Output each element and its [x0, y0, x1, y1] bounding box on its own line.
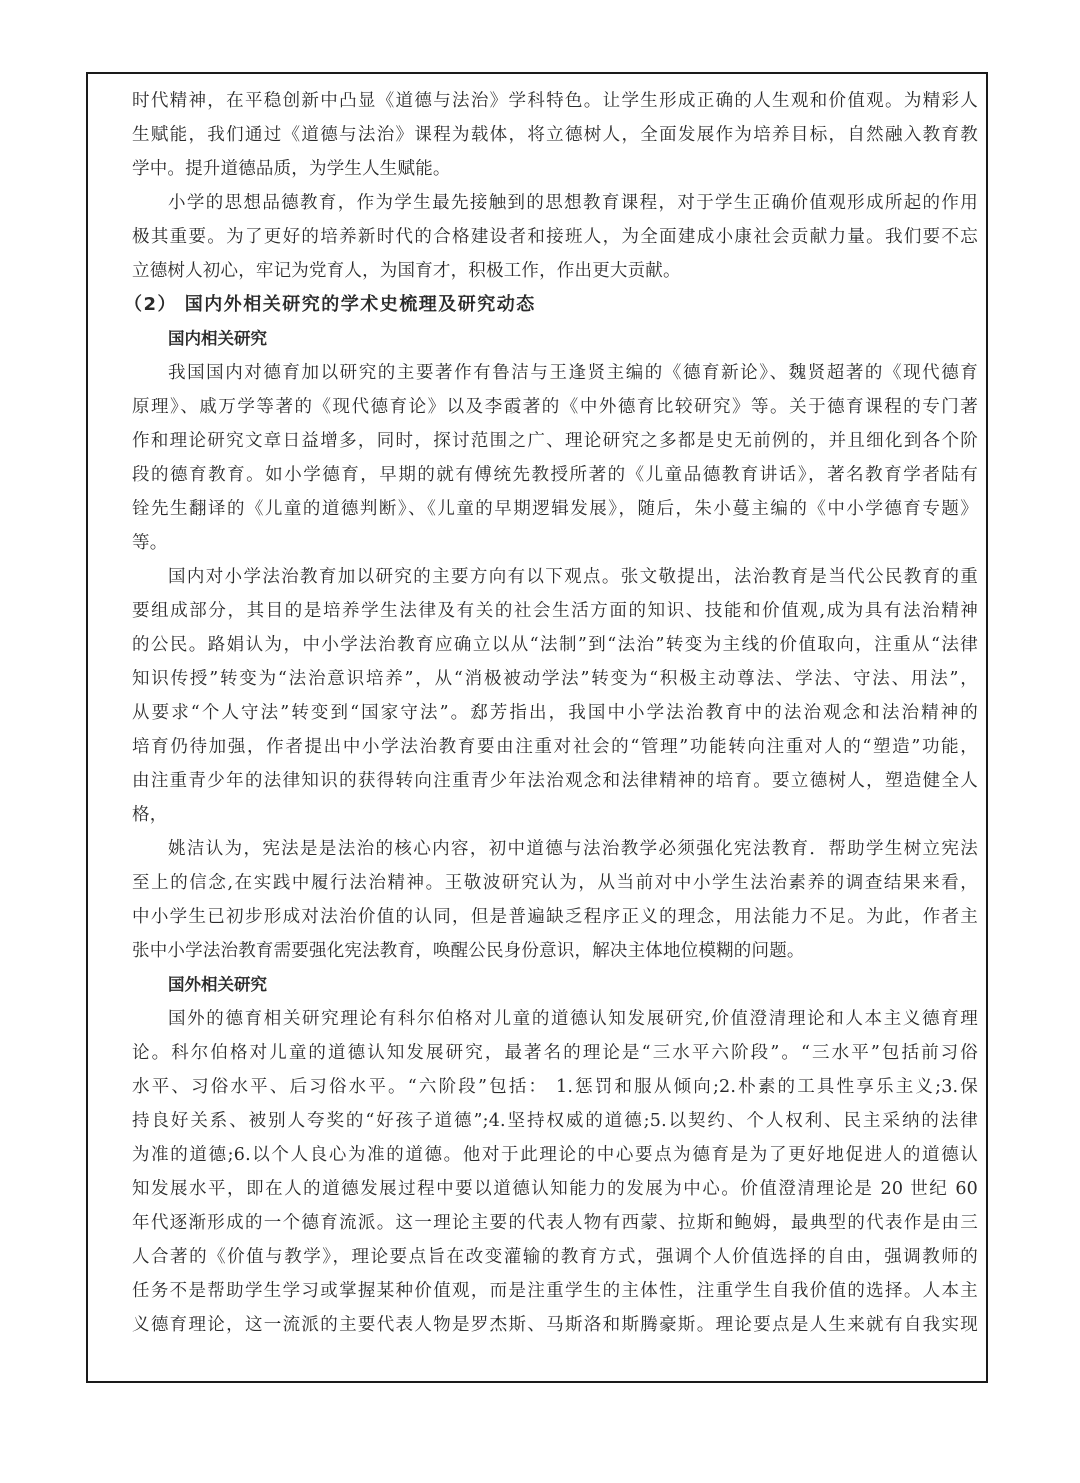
text-line: 要组成部分，其目的是培养学生法律及有关的社会生活方面的知识、技能和价值观,成为具…: [132, 594, 978, 628]
text-line: 国外的德育相关研究理论有科尔伯格对儿童的道德认知发展研究,价值澄清理论和人本主义…: [132, 1002, 978, 1036]
text-line: 生赋能，我们通过《道德与法治》课程为载体，将立德树人，全面发展作为培养目标，自然…: [132, 118, 978, 152]
text-line: 段的德育教育。如小学德育，早期的就有傅统先教授所著的《儿童品德教育讲话》，著名教…: [132, 458, 978, 492]
text-line: 义德育理论，这一流派的主要代表人物是罗杰斯、马斯洛和斯腾豪斯。理论要点是人生来就…: [132, 1308, 978, 1342]
text-line: 任务不是帮助学生学习或掌握某种价值观，而是注重学生的主体性，注重学生自我价值的选…: [132, 1274, 978, 1308]
document-content: 时代精神，在平稳创新中凸显《道德与法治》学科特色。让学生形成正确的人生观和价值观…: [132, 84, 978, 1342]
domestic-research-heading: 国内相关研究: [132, 322, 978, 356]
text-line: 为准的道德;6.以个人良心为准的道德。他对于此理论的中心要点为德育是为了更好地促…: [132, 1138, 978, 1172]
text-line: 培育仍待加强，作者提出中小学法治教育要由注重对社会的“管理”功能转向注重对人的“…: [132, 730, 978, 764]
text-line: 格，: [132, 798, 978, 832]
intro-paragraph-2: 小学的思想品德教育，作为学生最先接触到的思想教育课程，对于学生正确价值观形成所起…: [132, 186, 978, 288]
foreign-research-heading: 国外相关研究: [132, 968, 978, 1002]
text-line: 国内对小学法治教育加以研究的主要方向有以下观点。张文敬提出，法治教育是当代公民教…: [132, 560, 978, 594]
text-line: 由注重青少年的法律知识的获得转向注重青少年法治观念和法律精神的培育。要立德树人，…: [132, 764, 978, 798]
section-heading: （2） 国内外相关研究的学术史梳理及研究动态: [124, 288, 978, 322]
text-line: 我国国内对德育加以研究的主要著作有鲁洁与王逢贤主编的《德育新论》、魏贤超著的《现…: [132, 356, 978, 390]
text-line: 论。科尔伯格对儿童的道德认知发展研究，最著名的理论是“三水平六阶段”。“三水平”…: [132, 1036, 978, 1070]
document-frame: 时代精神，在平稳创新中凸显《道德与法治》学科特色。让学生形成正确的人生观和价值观…: [86, 72, 988, 1383]
text-line: 水平、习俗水平、后习俗水平。“六阶段”包括： 1.惩罚和服从倾向;2.朴素的工具…: [132, 1070, 978, 1104]
intro-paragraph-1: 时代精神，在平稳创新中凸显《道德与法治》学科特色。让学生形成正确的人生观和价值观…: [132, 84, 978, 186]
text-line: 知发展水平，即在人的道德发展过程中要以道德认知能力的发展为中心。价值澄清理论是 …: [132, 1172, 978, 1206]
text-line: 姚洁认为，宪法是是法治的核心内容，初中道德与法治教学必须强化宪法教育．帮助学生树…: [132, 832, 978, 866]
domestic-paragraph-2: 国内对小学法治教育加以研究的主要方向有以下观点。张文敬提出，法治教育是当代公民教…: [132, 560, 978, 832]
text-line: 学中。提升道德品质，为学生人生赋能。: [132, 152, 978, 186]
text-line: 中小学生已初步形成对法治价值的认同，但是普遍缺乏程序正义的理念，用法能力不足。为…: [132, 900, 978, 934]
text-line: 年代逐渐形成的一个德育流派。这一理论主要的代表人物有西蒙、拉斯和鲍姆，最典型的代…: [132, 1206, 978, 1240]
text-line: 的公民。路娟认为，中小学法治教育应确立以从“法制”到“法治”转变为主线的价值取向…: [132, 628, 978, 662]
domestic-paragraph-1: 我国国内对德育加以研究的主要著作有鲁洁与王逢贤主编的《德育新论》、魏贤超著的《现…: [132, 356, 978, 560]
foreign-paragraph-1: 国外的德育相关研究理论有科尔伯格对儿童的道德认知发展研究,价值澄清理论和人本主义…: [132, 1002, 978, 1342]
text-line: 知识传授”转变为“法治意识培养”，从“消极被动学法”转变为“积极主动尊法、学法、…: [132, 662, 978, 696]
text-line: 张中小学法治教育需要强化宪法教育，唤醒公民身份意识，解决主体地位模糊的问题。: [132, 934, 978, 968]
text-line: 原理》、戚万学等著的《现代德育论》以及李霞著的《中外德育比较研究》等。关于德育课…: [132, 390, 978, 424]
text-line: 从要求“个人守法”转变到“国家守法”。郄芳指出，我国中小学法治教育中的法治观念和…: [132, 696, 978, 730]
text-line: 持良好关系、被别人夸奖的“好孩子道德”;4.坚持权威的道德;5.以契约、个人权利…: [132, 1104, 978, 1138]
text-line: 小学的思想品德教育，作为学生最先接触到的思想教育课程，对于学生正确价值观形成所起…: [132, 186, 978, 220]
text-line: 人合著的《价值与教学》，理论要点旨在改变灌输的教育方式，强调个人价值选择的自由，…: [132, 1240, 978, 1274]
text-line: 等。: [132, 526, 978, 560]
text-line: 作和理论研究文章日益增多，同时，探讨范围之广、理论研究之多都是史无前例的，并且细…: [132, 424, 978, 458]
text-line: 立德树人初心，牢记为党育人，为国育才，积极工作，作出更大贡献。: [132, 254, 978, 288]
text-line: 时代精神，在平稳创新中凸显《道德与法治》学科特色。让学生形成正确的人生观和价值观…: [132, 84, 978, 118]
text-line: 至上的信念,在实践中履行法治精神。王敬波研究认为，从当前对中小学生法治素养的调查…: [132, 866, 978, 900]
text-line: 极其重要。为了更好的培养新时代的合格建设者和接班人，为全面建成小康社会贡献力量。…: [132, 220, 978, 254]
text-line: 铨先生翻译的《儿童的道德判断》、《儿童的早期逻辑发展》，随后，朱小蔓主编的《中小…: [132, 492, 978, 526]
domestic-paragraph-3: 姚洁认为，宪法是是法治的核心内容，初中道德与法治教学必须强化宪法教育．帮助学生树…: [132, 832, 978, 968]
